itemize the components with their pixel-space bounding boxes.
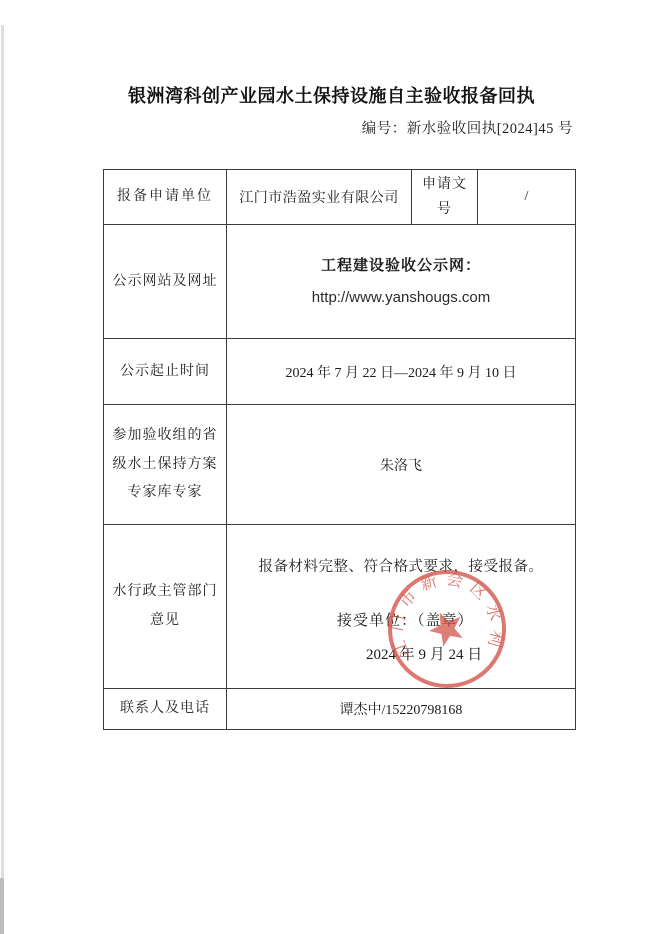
experts-label: 参加验收组的省级水土保持方案专家库专家 bbox=[104, 405, 227, 525]
table-row: 报备申请单位 江门市浩盈实业有限公司 申请文号 / bbox=[104, 170, 576, 225]
doc-no-label: 申请文号 bbox=[412, 170, 478, 225]
scanned-document-page: 银洲湾科创产业园水土保持设施自主验收报备回执 编号：新水验收回执[2024]45… bbox=[0, 0, 663, 934]
doc-no-value: / bbox=[478, 170, 576, 225]
official-seal-stamp-icon: 江门市新会区水利局 bbox=[384, 566, 510, 692]
website-label: 公示网站及网址 bbox=[104, 225, 227, 339]
contact-value: 谭杰中/15220798168 bbox=[227, 689, 576, 730]
opinion-label: 水行政主管部门意见 bbox=[104, 525, 227, 689]
scan-page-edge-shadow bbox=[0, 878, 4, 934]
applicant-label: 报备申请单位 bbox=[104, 170, 227, 225]
website-url: http://www.yanshougs.com bbox=[231, 282, 571, 314]
scan-page-edge bbox=[1, 25, 4, 934]
document-title: 银洲湾科创产业园水土保持设施自主验收报备回执 bbox=[0, 82, 663, 108]
table-row: 联系人及电话 谭杰中/15220798168 bbox=[104, 689, 576, 730]
experts-value: 朱洛飞 bbox=[227, 405, 576, 525]
table-row: 公示网站及网址 工程建设验收公示网： http://www.yanshougs.… bbox=[104, 225, 576, 339]
website-site-name: 工程建设验收公示网： bbox=[231, 250, 571, 282]
document-number: 编号：新水验收回执[2024]45 号 bbox=[103, 117, 573, 138]
table-row: 公示起止时间 2024 年 7 月 22 日—2024 年 9 月 10 日 bbox=[104, 339, 576, 405]
period-label: 公示起止时间 bbox=[104, 339, 227, 405]
table-row: 参加验收组的省级水土保持方案专家库专家 朱洛飞 bbox=[104, 405, 576, 525]
contact-label: 联系人及电话 bbox=[104, 689, 227, 730]
seal-star-icon bbox=[424, 606, 469, 650]
applicant-value: 江门市浩盈实业有限公司 bbox=[227, 170, 412, 225]
website-value: 工程建设验收公示网： http://www.yanshougs.com bbox=[227, 225, 576, 339]
period-value: 2024 年 7 月 22 日—2024 年 9 月 10 日 bbox=[227, 339, 576, 405]
